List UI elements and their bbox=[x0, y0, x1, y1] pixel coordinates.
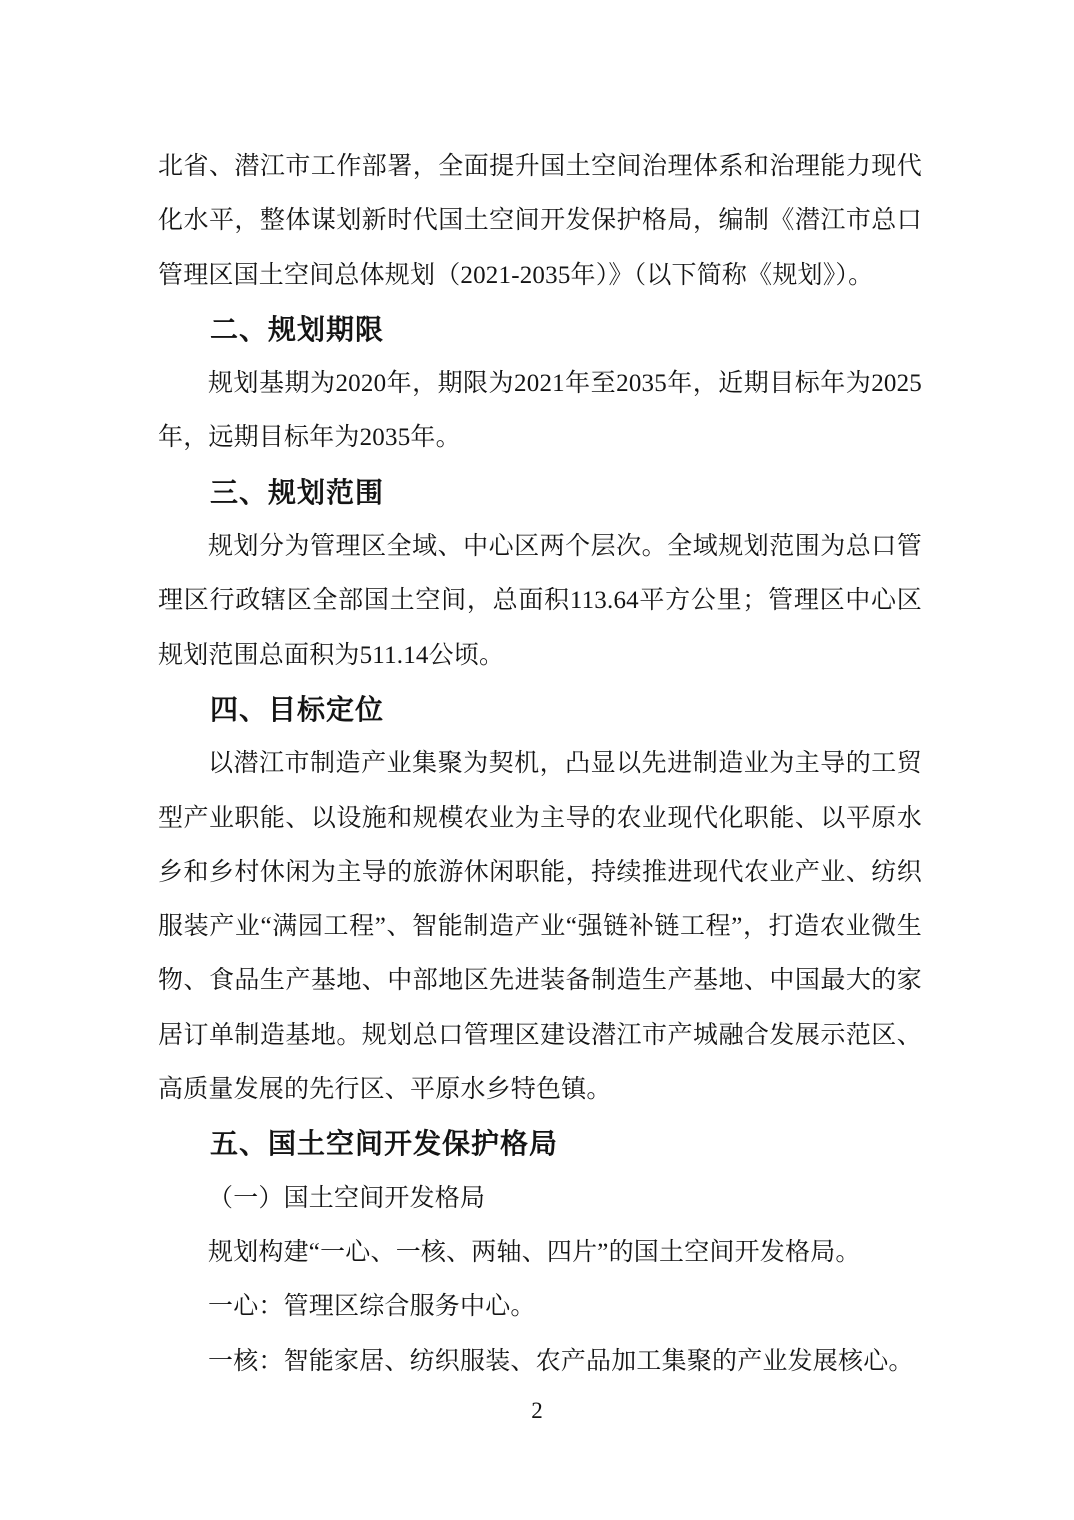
body-paragraph: 规划分为管理区全域、中心区两个层次。全域规划范围为总口管理区行政辖区全部国土空间… bbox=[158, 520, 922, 683]
document-content: 北省、潜江市工作部署，全面提升国土空间治理体系和治理能力现代化水平，整体谋划新时… bbox=[158, 140, 922, 1389]
sub-section-heading: （一）国土空间开发格局 bbox=[158, 1172, 922, 1226]
body-paragraph: 规划基期为2020年，期限为2021年至2035年，近期目标年为2025年，远期… bbox=[158, 357, 922, 466]
document-page: 北省、潜江市工作部署，全面提升国土空间治理体系和治理能力现代化水平，整体谋划新时… bbox=[0, 0, 1074, 1520]
body-paragraph: 规划构建“一心、一核、两轴、四片”的国土空间开发格局。 bbox=[158, 1226, 922, 1280]
body-paragraph-continued: 北省、潜江市工作部署，全面提升国土空间治理体系和治理能力现代化水平，整体谋划新时… bbox=[158, 140, 922, 303]
section-heading: 四、目标定位 bbox=[158, 683, 922, 737]
body-paragraph: 以潜江市制造产业集聚为契机，凸显以先进制造业为主导的工贸型产业职能、以设施和规模… bbox=[158, 737, 922, 1117]
body-paragraph: 一核：智能家居、纺织服装、农产品加工集聚的产业发展核心。 bbox=[158, 1335, 922, 1389]
body-paragraph: 一心：管理区综合服务中心。 bbox=[158, 1280, 922, 1334]
section-heading: 二、规划期限 bbox=[158, 303, 922, 357]
page-number: 2 bbox=[0, 1398, 1074, 1424]
section-heading: 三、规划范围 bbox=[158, 466, 922, 520]
section-heading: 五、国土空间开发保护格局 bbox=[158, 1117, 922, 1171]
